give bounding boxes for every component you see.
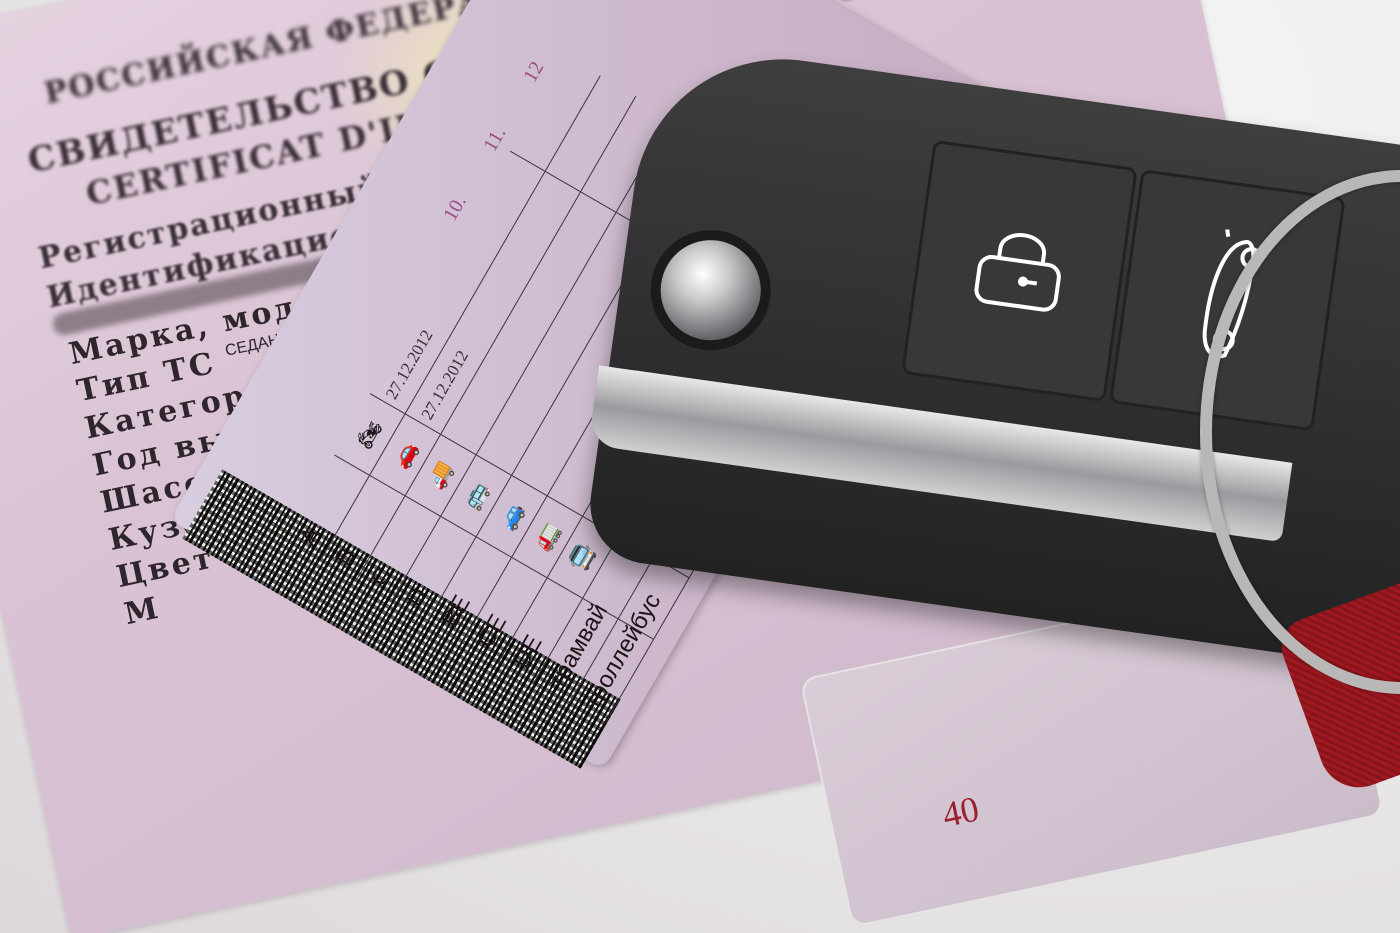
field-label: М xyxy=(121,590,164,632)
card2-number: 40 xyxy=(939,787,983,836)
photo-scene: РОССИЙСКАЯ ФЕДЕРАЦИЯ СВИДЕТЕЛЬСТВО О РЕГ… xyxy=(0,0,1400,933)
key-release-button[interactable] xyxy=(654,234,767,347)
column-number: 12 xyxy=(519,58,549,87)
padlock-icon xyxy=(964,224,1074,317)
column-number: 11. xyxy=(479,123,511,156)
corner-number: 14. xyxy=(497,0,536,6)
column-number: 10. xyxy=(439,192,471,225)
lock-button[interactable] xyxy=(901,140,1138,402)
